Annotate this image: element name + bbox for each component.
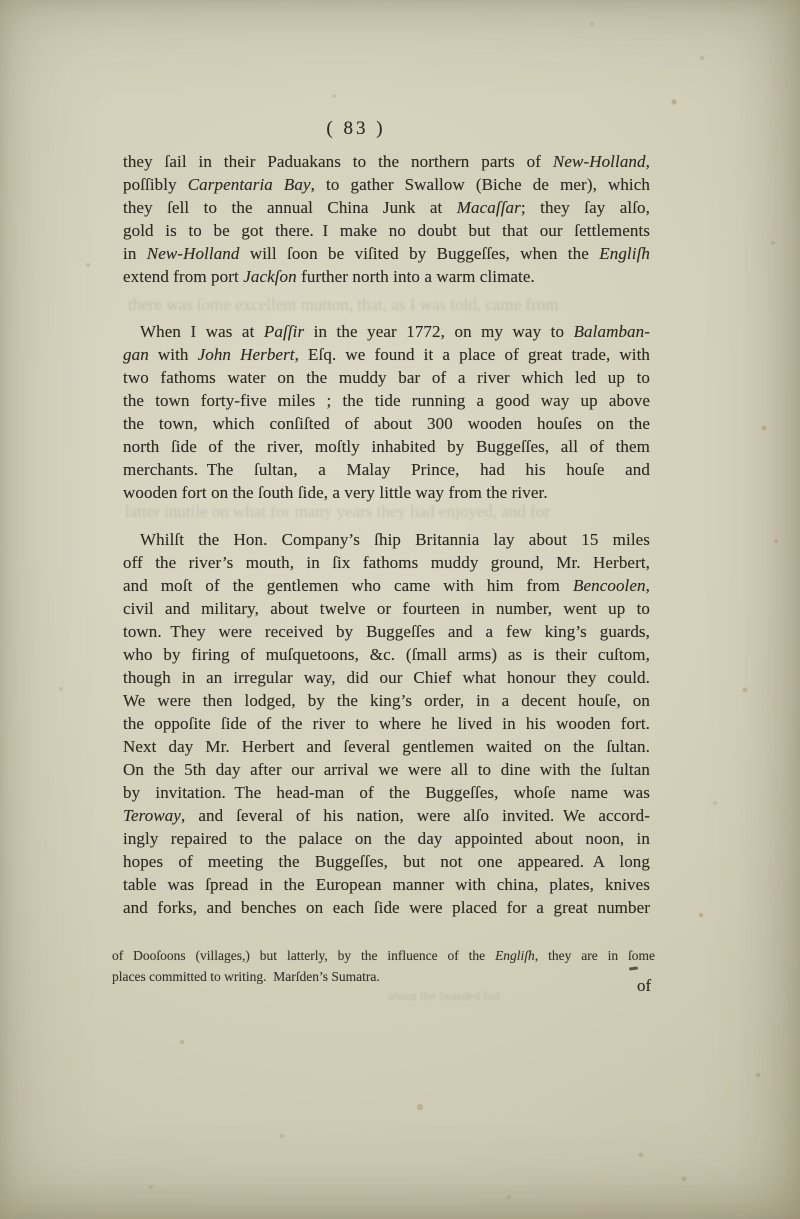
text-line: ingly repaired to the palace on the day … — [123, 827, 650, 850]
text-line: merchants. The ſultan, a Malay Prince, h… — [123, 458, 650, 481]
text-line: of Dooſoons (villages,) but latterly, by… — [112, 945, 655, 966]
text-line: gold is to be got there. I make no doubt… — [123, 219, 650, 242]
text-line: off the river’s mouth, in ſix fathoms mu… — [123, 551, 650, 574]
text-line: town. They were received by Buggeſſes an… — [123, 620, 650, 643]
text-line: hopes of meeting the Buggeſſes, but not … — [123, 850, 650, 873]
paragraph-1: they ſail in their Paduakans to the nort… — [123, 150, 650, 288]
paragraph-3: Whilſt the Hon. Company’s ſhip Britannia… — [123, 528, 650, 919]
ghost-text-line: latter inutile on what for many years th… — [125, 502, 647, 522]
text-line: the town, which conſiſted of about 300 w… — [123, 412, 650, 435]
text-line: On the 5th day after our arrival we were… — [123, 758, 650, 781]
text-line: though in an irregular way, did our Chie… — [123, 666, 650, 689]
text-line: gan with John Herbert, Eſq. we found it … — [123, 343, 650, 366]
text-line: We were then lodged, by the king’s order… — [123, 689, 650, 712]
text-line: wooden fort on the ſouth ſide, a very li… — [123, 481, 650, 504]
text-line: the town forty-five miles ; the tide run… — [123, 389, 650, 412]
text-line: they ſell to the annual China Junk at Ma… — [123, 196, 650, 219]
text-line: by invitation. The head-man of the Bugge… — [123, 781, 650, 804]
text-line: Teroway, and ſeveral of his nation, were… — [123, 804, 650, 827]
text-line: two fathoms water on the muddy bar of a … — [123, 366, 650, 389]
text-line: table was ſpread in the European manner … — [123, 873, 650, 896]
text-line: When I was at Paſſir in the year 1772, o… — [123, 320, 650, 343]
text-line: in New-Holland will ſoon be viſited by B… — [123, 242, 650, 265]
text-line: civil and military, about twelve or four… — [123, 597, 650, 620]
text-line: Next day Mr. Herbert and ſeveral gentlem… — [123, 735, 650, 758]
ghost-text-line: about the bearded but — [388, 988, 638, 1004]
text-line: poſſibly Carpentaria Bay, to gather Swal… — [123, 173, 650, 196]
ghost-text-line: there was ſome excellent mutton, that, a… — [128, 295, 648, 315]
text-line: the oppoſite ſide of the river to where … — [123, 712, 650, 735]
text-line: Whilſt the Hon. Company’s ſhip Britannia… — [123, 528, 650, 551]
text-line: extend from port Jackſon further north i… — [123, 265, 650, 288]
paragraph-2: When I was at Paſſir in the year 1772, o… — [123, 320, 650, 504]
paper-speckles — [0, 0, 2, 2]
text-line: places committed to writing. Marſden’s S… — [112, 966, 655, 987]
text-line: and forks, and benches on each ſide were… — [123, 896, 650, 919]
page-number: ( 83 ) — [326, 118, 385, 140]
text-line: and moſt of the gentlemen who came with … — [123, 574, 650, 597]
footnote: of Dooſoons (villages,) but latterly, by… — [112, 945, 655, 987]
text-line: north ſide of the river, moſtly inhabite… — [123, 435, 650, 458]
text-line: who by firing of muſquetoons, &c. (ſmall… — [123, 643, 650, 666]
book-page: there was ſome excellent mutton, that, a… — [0, 0, 800, 1219]
catchword: of — [637, 976, 651, 996]
text-line: they ſail in their Paduakans to the nort… — [123, 150, 650, 173]
